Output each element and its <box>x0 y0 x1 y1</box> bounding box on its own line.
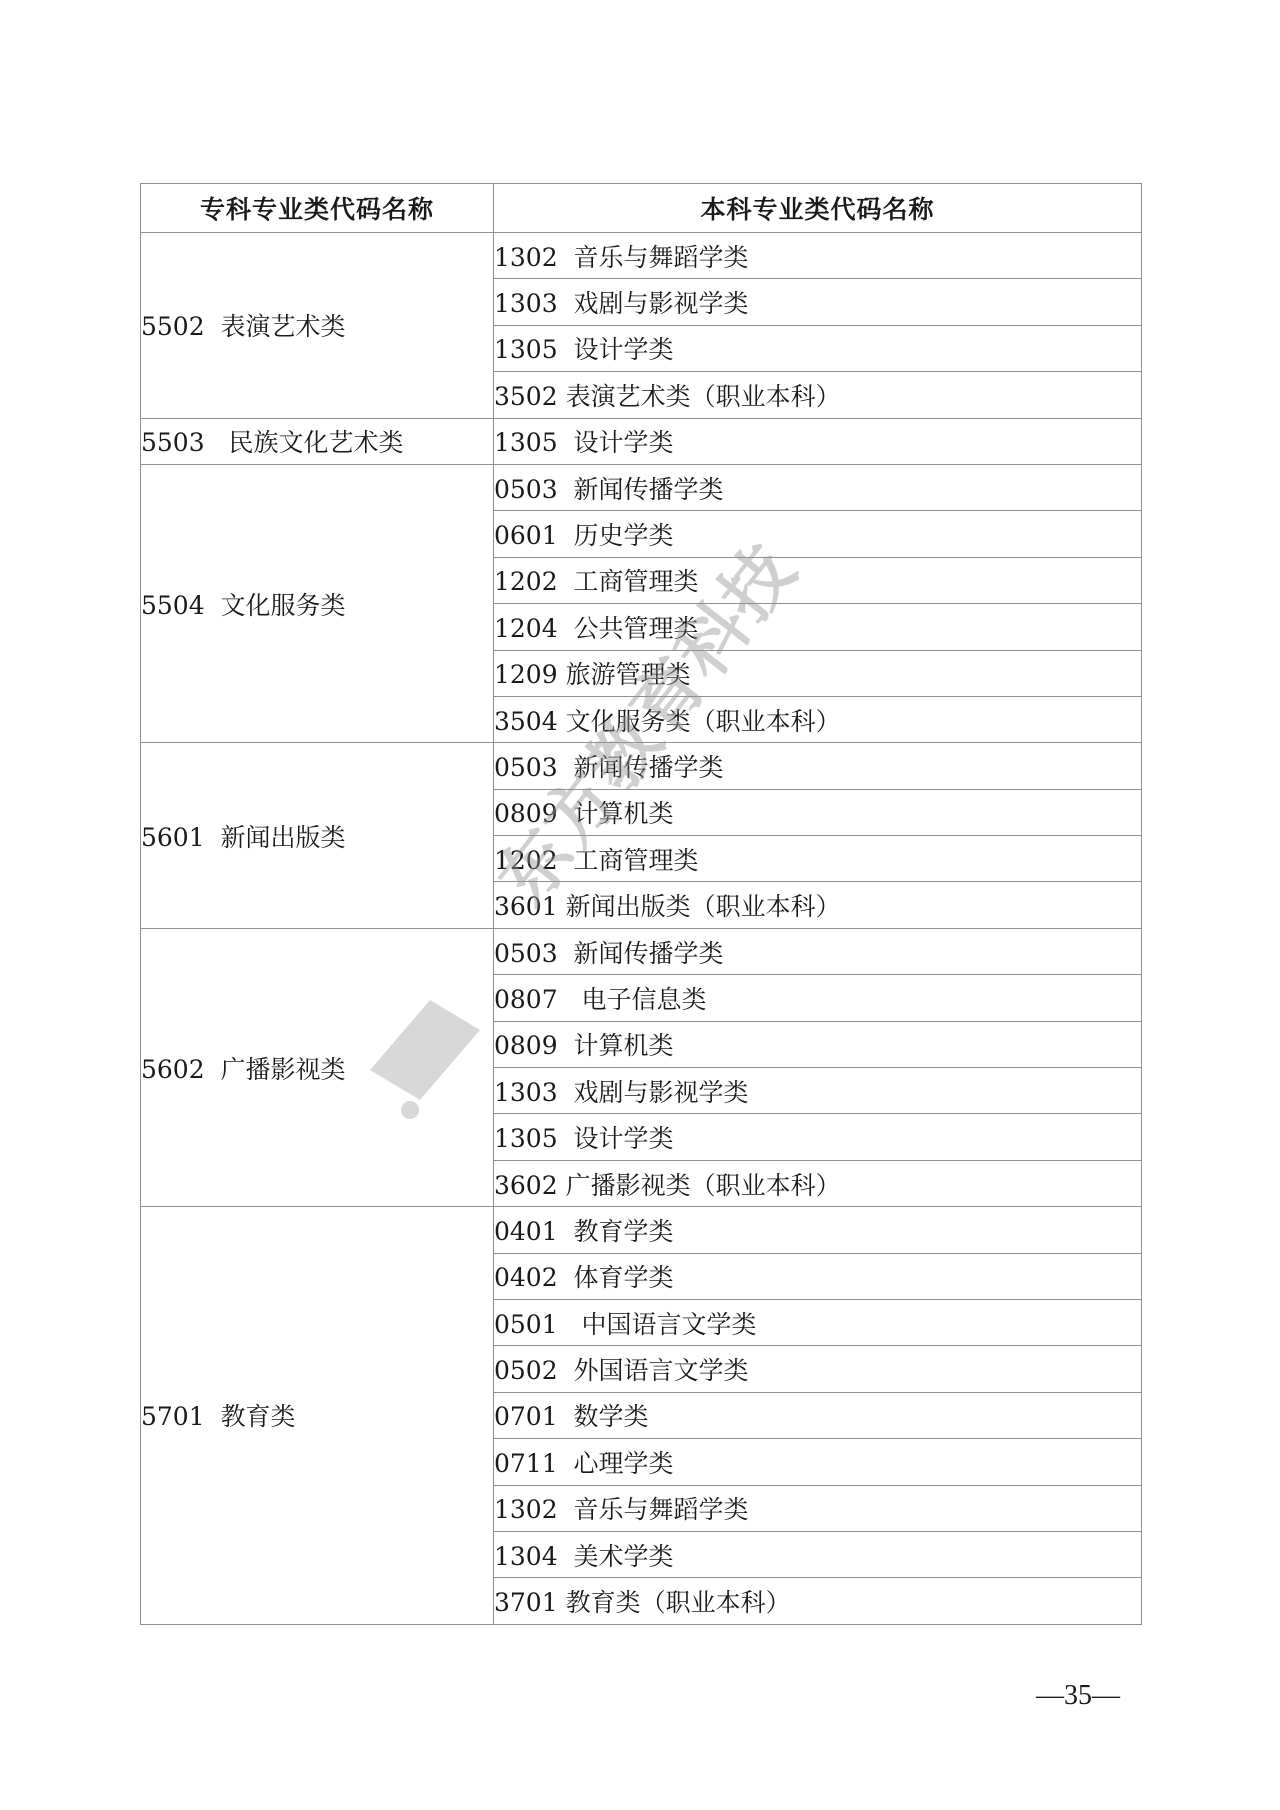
bachelor-cell: 0401 教育学类 <box>494 1207 1142 1253</box>
column-header-bachelor: 本科专业类代码名称 <box>494 184 1142 233</box>
bachelor-cell: 1303 戏剧与影视学类 <box>494 279 1142 325</box>
bachelor-cell: 1209 旅游管理类 <box>494 650 1142 696</box>
bachelor-cell: 3602 广播影视类（职业本科） <box>494 1160 1142 1206</box>
page-number: —35— <box>1036 1680 1120 1712</box>
bachelor-cell: 1202 工商管理类 <box>494 836 1142 882</box>
bachelor-cell: 0502 外国语言文学类 <box>494 1346 1142 1392</box>
bachelor-cell: 1303 戏剧与影视学类 <box>494 1068 1142 1114</box>
bachelor-cell: 1302 音乐与舞蹈学类 <box>494 1485 1142 1531</box>
bachelor-cell: 3502 表演艺术类（职业本科） <box>494 372 1142 418</box>
table-row: 5502 表演艺术类 1302 音乐与舞蹈学类 <box>141 233 1142 279</box>
bachelor-cell: 0503 新闻传播学类 <box>494 928 1142 974</box>
bachelor-cell: 0503 新闻传播学类 <box>494 743 1142 789</box>
table-row: 5504 文化服务类 0503 新闻传播学类 <box>141 464 1142 510</box>
table-row: 5602 广播影视类 0503 新闻传播学类 <box>141 928 1142 974</box>
table-row: 5601 新闻出版类 0503 新闻传播学类 <box>141 743 1142 789</box>
bachelor-cell: 1305 设计学类 <box>494 1114 1142 1160</box>
bachelor-cell: 1305 设计学类 <box>494 325 1142 371</box>
specialty-cell: 5503 民族文化艺术类 <box>141 418 494 464</box>
specialty-cell: 5701 教育类 <box>141 1207 494 1625</box>
table-row: 5701 教育类 0401 教育学类 <box>141 1207 1142 1253</box>
bachelor-cell: 0601 历史学类 <box>494 511 1142 557</box>
bachelor-cell: 0711 心理学类 <box>494 1439 1142 1485</box>
bachelor-cell: 3601 新闻出版类（职业本科） <box>494 882 1142 928</box>
bachelor-cell: 1202 工商管理类 <box>494 557 1142 603</box>
bachelor-cell: 1302 音乐与舞蹈学类 <box>494 233 1142 279</box>
bachelor-cell: 0501 中国语言文学类 <box>494 1299 1142 1345</box>
specialty-cell: 5602 广播影视类 <box>141 928 494 1206</box>
table-row: 5503 民族文化艺术类 1305 设计学类 <box>141 418 1142 464</box>
bachelor-cell: 0809 计算机类 <box>494 789 1142 835</box>
bachelor-cell: 1305 设计学类 <box>494 418 1142 464</box>
column-header-specialty: 专科专业类代码名称 <box>141 184 494 233</box>
bachelor-cell: 3701 教育类（职业本科） <box>494 1578 1142 1624</box>
specialty-cell: 5502 表演艺术类 <box>141 233 494 419</box>
bachelor-cell: 0807 电子信息类 <box>494 975 1142 1021</box>
table-header-row: 专科专业类代码名称 本科专业类代码名称 <box>141 184 1142 233</box>
bachelor-cell: 1304 美术学类 <box>494 1531 1142 1577</box>
bachelor-cell: 1204 公共管理类 <box>494 604 1142 650</box>
major-mapping-table: 专科专业类代码名称 本科专业类代码名称 5502 表演艺术类 1302 音乐与舞… <box>140 183 1142 1625</box>
bachelor-cell: 0503 新闻传播学类 <box>494 464 1142 510</box>
bachelor-cell: 0701 数学类 <box>494 1392 1142 1438</box>
bachelor-cell: 3504 文化服务类（职业本科） <box>494 696 1142 742</box>
specialty-cell: 5504 文化服务类 <box>141 464 494 742</box>
bachelor-cell: 0809 计算机类 <box>494 1021 1142 1067</box>
specialty-cell: 5601 新闻出版类 <box>141 743 494 929</box>
bachelor-cell: 0402 体育学类 <box>494 1253 1142 1299</box>
document-page: 专科专业类代码名称 本科专业类代码名称 5502 表演艺术类 1302 音乐与舞… <box>0 0 1280 1810</box>
